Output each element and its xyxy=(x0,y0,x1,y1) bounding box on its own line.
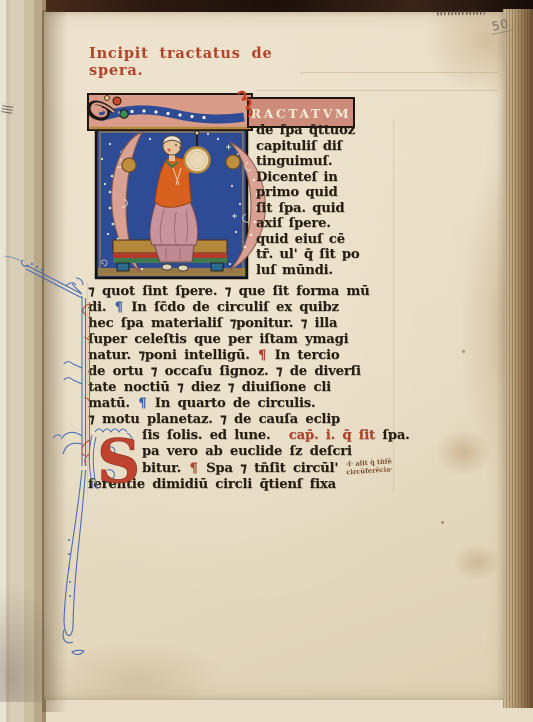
text-line: capituliſ diſ xyxy=(256,139,396,155)
text-line: ſit ſpa. quid xyxy=(256,201,396,217)
paraph-mark: ¶ xyxy=(137,396,147,411)
banner-text: RACTATVM xyxy=(251,106,352,121)
ruling-line xyxy=(300,72,498,73)
text-line: hec ſpa materialiſ ⁊ponitur. ⁊ illa xyxy=(88,316,396,332)
text-line: luſ mūndi. xyxy=(256,263,396,279)
paraph-mark: ¶ xyxy=(188,461,198,476)
text-line: axiſ ſpere. xyxy=(256,216,396,232)
text-line: matū. ¶ In quarto de circulis. xyxy=(88,396,396,412)
text-line: tate noctiū ⁊ diez ⁊ diuiſione cli xyxy=(88,380,396,396)
paraph-mark: ¶ xyxy=(257,348,267,363)
text-line: ſuper celeſtis que per iſtam ymagi xyxy=(88,332,396,348)
blue-penwork xyxy=(22,260,86,655)
paraph-mark: ¶ xyxy=(114,300,124,315)
ink-stamp xyxy=(437,10,485,16)
chapter-rubric: cap̄. i. q̄ ſit xyxy=(289,428,375,443)
blue-dots xyxy=(31,263,71,597)
text-line: natur. ⁊poni intelligū. ¶ In tercio xyxy=(88,348,396,364)
text-line: di. ¶ In ſc̄do de circuliſ ex quibz xyxy=(88,300,396,316)
text-column-narrow: de ſpa q̄ttuoz capituliſ diſ tinguimuſ. … xyxy=(256,123,396,278)
text-line: de ſpa q̄ttuoz xyxy=(256,123,396,139)
margin-pen-flourish xyxy=(16,240,112,670)
banner: RACTATVM xyxy=(238,92,354,127)
text-line: tr̄. ul' q̄ ſit po xyxy=(256,247,396,263)
gold-roundel-left xyxy=(122,158,136,172)
flourish-art xyxy=(16,240,112,670)
text-line: Dicenteſ in xyxy=(256,170,396,186)
ink-speck xyxy=(441,521,444,524)
manuscript-photo: 50 Incipit tractatus de spera. xyxy=(0,0,533,722)
text-line: de ortu ⁊ occaſu ſignoz. ⁊ de diverſi xyxy=(88,364,396,380)
text-line: tinguimuſ. xyxy=(256,154,396,170)
text-line: quid eiuſ cē xyxy=(256,232,396,248)
text-line: primo quid xyxy=(256,185,396,201)
ink-speck xyxy=(462,350,465,353)
text-line: ⁊ quot ſint ſpere. ⁊ que ſit forma mū xyxy=(88,284,396,300)
edge-scribble-marks xyxy=(1,103,13,114)
incipit-rubric: Incipit tractatus de spera. xyxy=(89,45,319,79)
gold-roundel-right xyxy=(226,155,240,169)
fore-edge-leaf-lines xyxy=(503,9,533,708)
